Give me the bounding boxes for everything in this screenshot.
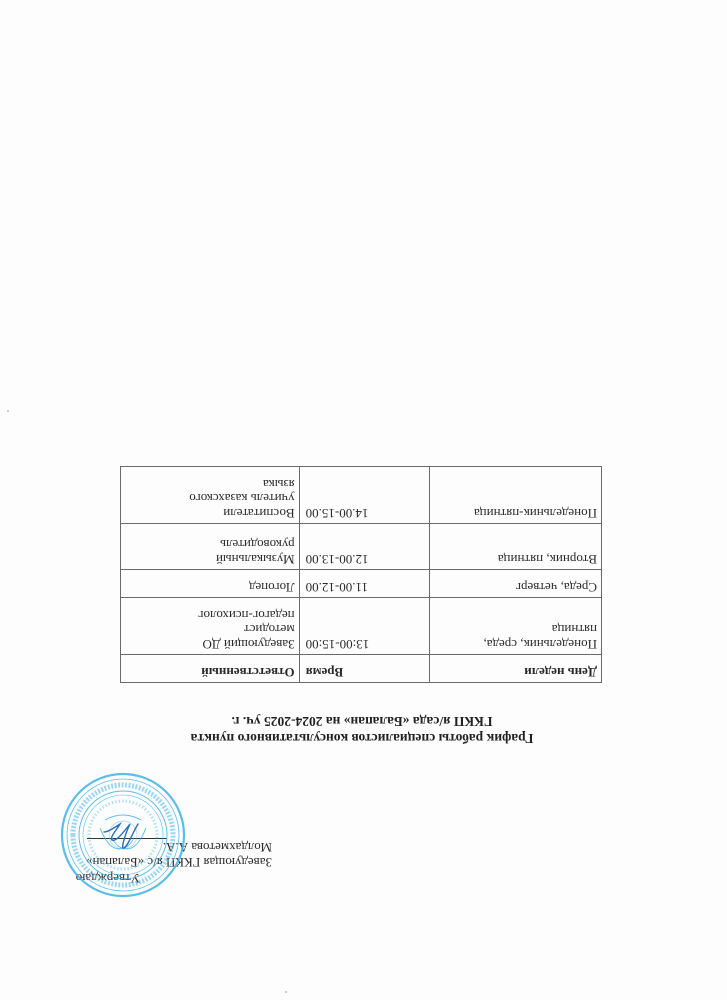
schedule-table: День недели Время Ответственный Понедель… bbox=[120, 466, 602, 683]
header-day: День недели bbox=[430, 655, 602, 683]
cell-responsible: Воспитатели учитель казахского языка bbox=[121, 467, 300, 524]
title-line-2: ГККП я/сада «Балапан» на 2024-2025 уч. г… bbox=[117, 713, 607, 730]
header-responsible: Ответственный bbox=[121, 655, 300, 683]
cell-day: Понедельник, среда, пятница bbox=[430, 598, 602, 655]
responsible-line: Заведующий ДО bbox=[125, 637, 295, 652]
responsible-line: Воспитатели bbox=[125, 506, 295, 521]
responsible-line: методист bbox=[125, 622, 295, 637]
scanned-document-page: Утверждаю Заведующая ГККП я/с «Балапан» … bbox=[0, 0, 727, 1000]
cell-responsible: Логопед bbox=[121, 570, 300, 598]
cell-responsible: Музыкальный руководитель bbox=[121, 524, 300, 570]
responsible-line: руководитель bbox=[125, 537, 295, 552]
cell-time: 13:00-15:00 bbox=[299, 598, 430, 655]
cell-time: 11.00-12.00 bbox=[299, 570, 430, 598]
document-title: График работы специалистов консультативн… bbox=[117, 713, 607, 747]
cell-responsible: Заведующий ДО методист педагог-психолог bbox=[121, 598, 300, 655]
table-row: Вторник, пятница 12.00-13.00 Музыкальный… bbox=[121, 524, 602, 570]
responsible-line: Логопед bbox=[125, 580, 295, 595]
scan-speck bbox=[7, 410, 9, 412]
title-line-1: График работы специалистов консультативн… bbox=[117, 730, 607, 747]
table-row: Среда, четверг 11.00-12.00 Логопед bbox=[121, 570, 602, 598]
cell-time: 12.00-13.00 bbox=[299, 524, 430, 570]
responsible-line: языка bbox=[125, 477, 295, 492]
cell-day: Вторник, пятница bbox=[430, 524, 602, 570]
responsible-line: Музыкальный bbox=[125, 552, 295, 567]
header-time: Время bbox=[299, 655, 430, 683]
cell-day: Понедельник-пятница bbox=[430, 467, 602, 524]
table-row: Понедельник, среда, пятница 13:00-15:00 … bbox=[121, 598, 602, 655]
responsible-line: учитель казахского bbox=[125, 491, 295, 506]
table-row: Понедельник-пятница 14.00-15.00 Воспитат… bbox=[121, 467, 602, 524]
cell-time: 14.00-15.00 bbox=[299, 467, 430, 524]
scan-speck bbox=[285, 991, 287, 993]
cell-day: Среда, четверг bbox=[430, 570, 602, 598]
handwritten-signature-icon bbox=[102, 814, 142, 854]
table-header-row: День недели Время Ответственный bbox=[121, 655, 602, 683]
responsible-line: педагог-психолог bbox=[125, 608, 295, 623]
